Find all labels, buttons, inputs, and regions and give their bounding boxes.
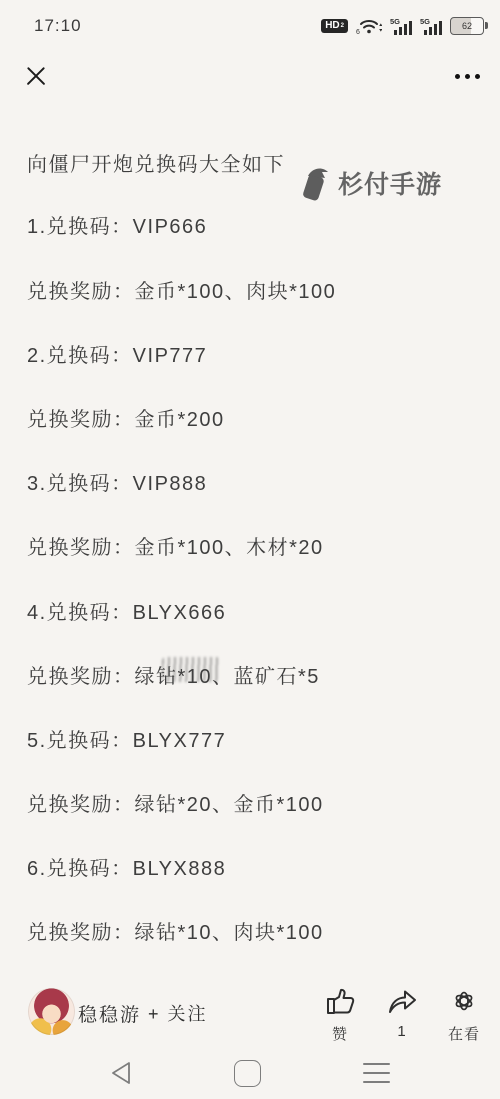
watermark-logo-icon — [298, 164, 332, 202]
like-button[interactable]: 赞 — [322, 986, 358, 1044]
battery-cap — [485, 22, 488, 29]
battery-percent: 62 — [462, 21, 472, 31]
status-icons: HD2 6 5G 5G — [321, 15, 484, 37]
wow-button[interactable]: 在看 — [446, 986, 482, 1044]
more-button[interactable] — [455, 74, 480, 79]
code-line-1: 1.兑换码：VIP666 — [27, 210, 207, 239]
wifi-icon: 6 — [356, 17, 382, 35]
share-icon — [385, 986, 419, 1016]
wow-flower-icon — [448, 986, 480, 1016]
clock: 17:10 — [34, 16, 82, 36]
avatar[interactable] — [28, 988, 75, 1035]
watermark: 杉付手游 — [298, 164, 442, 202]
sim1-5g-label: 5G — [390, 17, 400, 26]
like-label: 赞 — [332, 1023, 348, 1044]
thumbs-up-icon — [324, 986, 356, 1016]
follow-button[interactable]: + 关注 — [148, 1000, 208, 1026]
signal-sim1-icon: 5G — [390, 17, 412, 35]
author-name[interactable]: 稳稳游 — [78, 1000, 141, 1027]
wifi6-label: 6 — [356, 29, 360, 35]
code-line-3: 3.兑换码：VIP888 — [27, 467, 207, 496]
code-line-6: 6.兑换码：BLYX888 — [27, 852, 226, 881]
battery-icon: 62 — [450, 17, 484, 35]
reward-line-5: 兑换奖励：绿钻*20、金币*100 — [27, 788, 324, 817]
signal-sim2-icon: 5G — [420, 17, 442, 35]
nav-recents-button[interactable] — [363, 1063, 390, 1083]
reward-line-6: 兑换奖励：绿钻*10、肉块*100 — [27, 916, 324, 945]
more-icon — [455, 74, 460, 79]
status-bar: 17:10 HD2 6 5G 5G — [0, 0, 500, 48]
close-button[interactable] — [24, 64, 48, 88]
back-icon — [113, 1063, 129, 1083]
sim2-5g-label: 5G — [420, 17, 430, 26]
nav-home-button[interactable] — [234, 1060, 261, 1087]
reward-line-3: 兑换奖励：金币*100、木材*20 — [27, 531, 324, 560]
reward-line-2: 兑换奖励：金币*200 — [27, 403, 225, 432]
share-count: 1 — [397, 1023, 406, 1040]
watermark-smudge — [162, 657, 220, 682]
action-buttons: 赞 1 在看 — [322, 986, 482, 1044]
screen: 17:10 HD2 6 5G 5G — [0, 0, 500, 1099]
recents-icon — [363, 1063, 390, 1065]
watermark-text: 杉付手游 — [338, 165, 442, 201]
code-line-5: 5.兑换码：BLYX777 — [27, 724, 226, 753]
wow-label: 在看 — [448, 1023, 480, 1044]
author-bar: 稳稳游 + 关注 赞 1 — [0, 978, 500, 1050]
hd-volte-icon: HD2 — [321, 19, 348, 33]
share-button[interactable]: 1 — [384, 986, 420, 1044]
nav-bar — [0, 1047, 500, 1099]
code-line-2: 2.兑换码：VIP777 — [27, 339, 207, 368]
article-title: 向僵尸开炮兑换码大全如下 — [27, 148, 285, 177]
nav-back-button[interactable] — [110, 1060, 132, 1086]
code-line-4: 4.兑换码：BLYX666 — [27, 596, 226, 625]
reward-line-1: 兑换奖励：金币*100、肉块*100 — [27, 275, 336, 304]
